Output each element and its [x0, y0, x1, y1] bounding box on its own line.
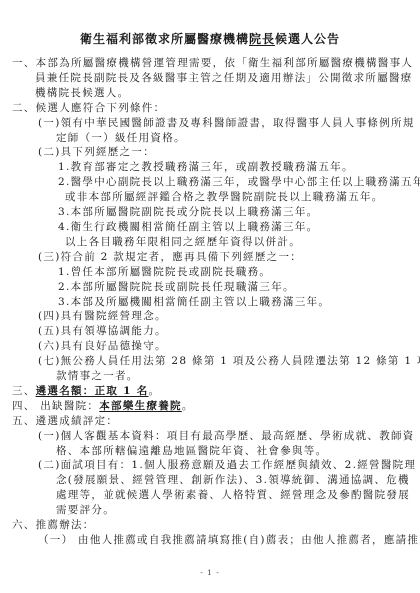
doc-line: 需要評分。 — [0, 503, 420, 518]
text-run: 處理等，並就候選人學術素養、人格特質、經營理念及參酌醫院發展 — [56, 489, 410, 501]
text-run: (五)具有領導協調能力。 — [38, 325, 167, 337]
text-run: 4.衛生行政機關相當簡任副主管以上職務滿三年。 — [58, 221, 318, 233]
text-run: 3.本部所屬醫院副院長或分院長以上職務滿三年。 — [58, 206, 318, 218]
text-run: （一） 由他人推薦或自我推薦請填寫推(自)薦表；由他人推薦者，應請推薦 — [38, 534, 420, 546]
text-run: 1.曾任本部所屬醫院院長或副院長職務。 — [58, 266, 271, 278]
text-run: 五、遴選成績評定： — [12, 415, 118, 427]
doc-line: 六、推薦辦法： — [0, 518, 420, 533]
text-run: 六、推薦辦法： — [12, 519, 95, 531]
text-run: 二、候選人應符合下列條件： — [12, 102, 165, 114]
text-run: 員兼任院長副院長及各級醫事主管之任期及適用辦法」公開徵求所屬醫療 — [35, 72, 413, 84]
title-underlined-text: 院長 — [249, 32, 275, 46]
text-run: 三、 — [12, 385, 36, 397]
doc-line: (七)無公務人員任用法第 28 條第 1 項及公務人員陞遷法第 12 條第 1 … — [0, 354, 420, 369]
text-run: 。 — [182, 400, 194, 412]
doc-line: 以上各目職務年限相同之經歷年資得以併計。 — [0, 235, 420, 250]
document-body: 一、本部為所屬醫療機構營運管理需要，依「衛生福利部所屬醫療機構醫事人員兼任院長副… — [0, 56, 420, 548]
title-text-tail: 候選人公告 — [275, 32, 340, 46]
text-run: 款情事之一者。 — [56, 370, 139, 382]
page-number: - 1 - — [0, 568, 420, 577]
doc-line: 3.本部所屬醫院副院長或分院長以上職務滿三年。 — [0, 205, 420, 220]
text-run: (二)具下列經歷之一： — [38, 146, 155, 158]
text-run: 3.本部及所屬機關相當簡任副主管以上職務滿三年。 — [58, 296, 330, 308]
doc-line: 2.本部所屬醫院院長或副院長任現職滿三年。 — [0, 280, 420, 295]
text-run: (四)具有醫院經營理念。 — [38, 310, 167, 322]
text-run: (六)具有良好品德操守。 — [38, 340, 167, 352]
text-run: 格、本部所轄偏遠離島地區醫院年資、社會參與等。 — [56, 445, 327, 457]
doc-line: 三、遴選名額：正取 1 名。 — [0, 384, 420, 399]
text-run: 定師（一）級任用資格。 — [56, 132, 186, 144]
emphasized-text: 本部樂生療養院 — [99, 400, 182, 412]
text-run: 機構院長候選人。 — [35, 87, 129, 99]
text-run: 以上各目職務年限相同之經歷年資得以併計。 — [65, 236, 301, 248]
text-run: 1.教育部審定之教授職務滿三年，或副教授職務滿五年。 — [58, 161, 354, 173]
doc-line: 念(發展願景、經營管理、創新作法)、3.領導統御、溝通協調、危機 — [0, 473, 420, 488]
doc-line: (五)具有領導協調能力。 — [0, 324, 420, 339]
doc-line: 1.教育部審定之教授職務滿三年，或副教授職務滿五年。 — [0, 160, 420, 175]
doc-line: 2.醫學中心副院長以上職務滿三年，或醫學中心部主任以上職務滿五年， — [0, 175, 420, 190]
doc-line: (三)符合前 2 款規定者，應再具備下列經歷之一： — [0, 250, 420, 265]
text-run: 需要評分。 — [56, 504, 115, 516]
doc-line: 款情事之一者。 — [0, 369, 420, 384]
text-run: 一、本部為所屬醫療機構營運管理需要，依「衛生福利部所屬醫療機構醫事人 — [12, 57, 413, 69]
text-run: 四、 出缺醫院： — [12, 400, 99, 412]
doc-line: 二、候選人應符合下列條件： — [0, 101, 420, 116]
doc-line: (一)領有中華民國醫師證書及專科醫師證書，取得醫事人員人事條例所規 — [0, 116, 420, 131]
doc-line: (一)個人客觀基本資料：項目有最高學歷、最高經歷、學術成就、教師資 — [0, 429, 420, 444]
text-run: (三)符合前 2 款規定者，應再具備下列經歷之一： — [38, 251, 302, 263]
doc-line: 4.衛生行政機關相當簡任副主管以上職務滿三年。 — [0, 220, 420, 235]
doc-line: 機構院長候選人。 — [0, 86, 420, 101]
text-run: (一)領有中華民國醫師證書及專科醫師證書，取得醫事人員人事條例所規 — [38, 117, 415, 129]
text-run: 2.醫學中心副院長以上職務滿三年，或醫學中心部主任以上職務滿五年， — [58, 176, 420, 188]
doc-line: (二)面試項目有：1.個人服務意願及過去工作經歷與績效、2.經營醫院理 — [0, 458, 420, 473]
text-run: 或非本部所屬經評鑑合格之教學醫院副院長以上職務滿五年。 — [65, 191, 384, 203]
doc-line: （一） 由他人推薦或自我推薦請填寫推(自)薦表；由他人推薦者，應請推薦 — [0, 533, 420, 548]
text-run: 念(發展願景、經營管理、創新作法)、3.領導統御、溝通協調、危機 — [56, 474, 410, 486]
doc-line: 處理等，並就候選人學術素養、人格特質、經營理念及參酌醫院發展 — [0, 488, 420, 503]
text-run: 。 — [149, 385, 161, 397]
title-text: 衛生福利部徵求所屬醫療機構 — [80, 32, 249, 46]
text-run: (二)面試項目有：1.個人服務意願及過去工作經歷與績效、2.經營醫院理 — [38, 459, 416, 471]
document-page: 衛生福利部徵求所屬醫療機構院長候選人公告 一、本部為所屬醫療機構營運管理需要，依… — [0, 0, 420, 593]
doc-line: 3.本部及所屬機關相當簡任副主管以上職務滿三年。 — [0, 295, 420, 310]
text-run: (七)無公務人員任用法第 28 條第 1 項及公務人員陞遷法第 12 條第 1 … — [38, 355, 420, 367]
doc-line: 員兼任院長副院長及各級醫事主管之任期及適用辦法」公開徵求所屬醫療 — [0, 71, 420, 86]
doc-line: 1.曾任本部所屬醫院院長或副院長職務。 — [0, 265, 420, 280]
text-run: 2.本部所屬醫院院長或副院長任現職滿三年。 — [58, 281, 295, 293]
doc-line: 格、本部所轄偏遠離島地區醫院年資、社會參與等。 — [0, 444, 420, 459]
doc-line: (六)具有良好品德操守。 — [0, 339, 420, 354]
doc-line: (四)具有醫院經營理念。 — [0, 309, 420, 324]
doc-line: 或非本部所屬經評鑑合格之教學醫院副院長以上職務滿五年。 — [0, 190, 420, 205]
emphasized-text: 遴選名額：正取 1 名 — [36, 385, 149, 397]
doc-line: 定師（一）級任用資格。 — [0, 131, 420, 146]
doc-line: 四、 出缺醫院：本部樂生療養院。 — [0, 399, 420, 414]
doc-line: 一、本部為所屬醫療機構營運管理需要，依「衛生福利部所屬醫療機構醫事人 — [0, 56, 420, 71]
doc-line: 五、遴選成績評定： — [0, 414, 420, 429]
doc-line: (二)具下列經歷之一： — [0, 145, 420, 160]
document-title: 衛生福利部徵求所屬醫療機構院長候選人公告 — [0, 31, 420, 47]
text-run: (一)個人客觀基本資料：項目有最高學歷、最高經歷、學術成就、教師資 — [38, 430, 415, 442]
